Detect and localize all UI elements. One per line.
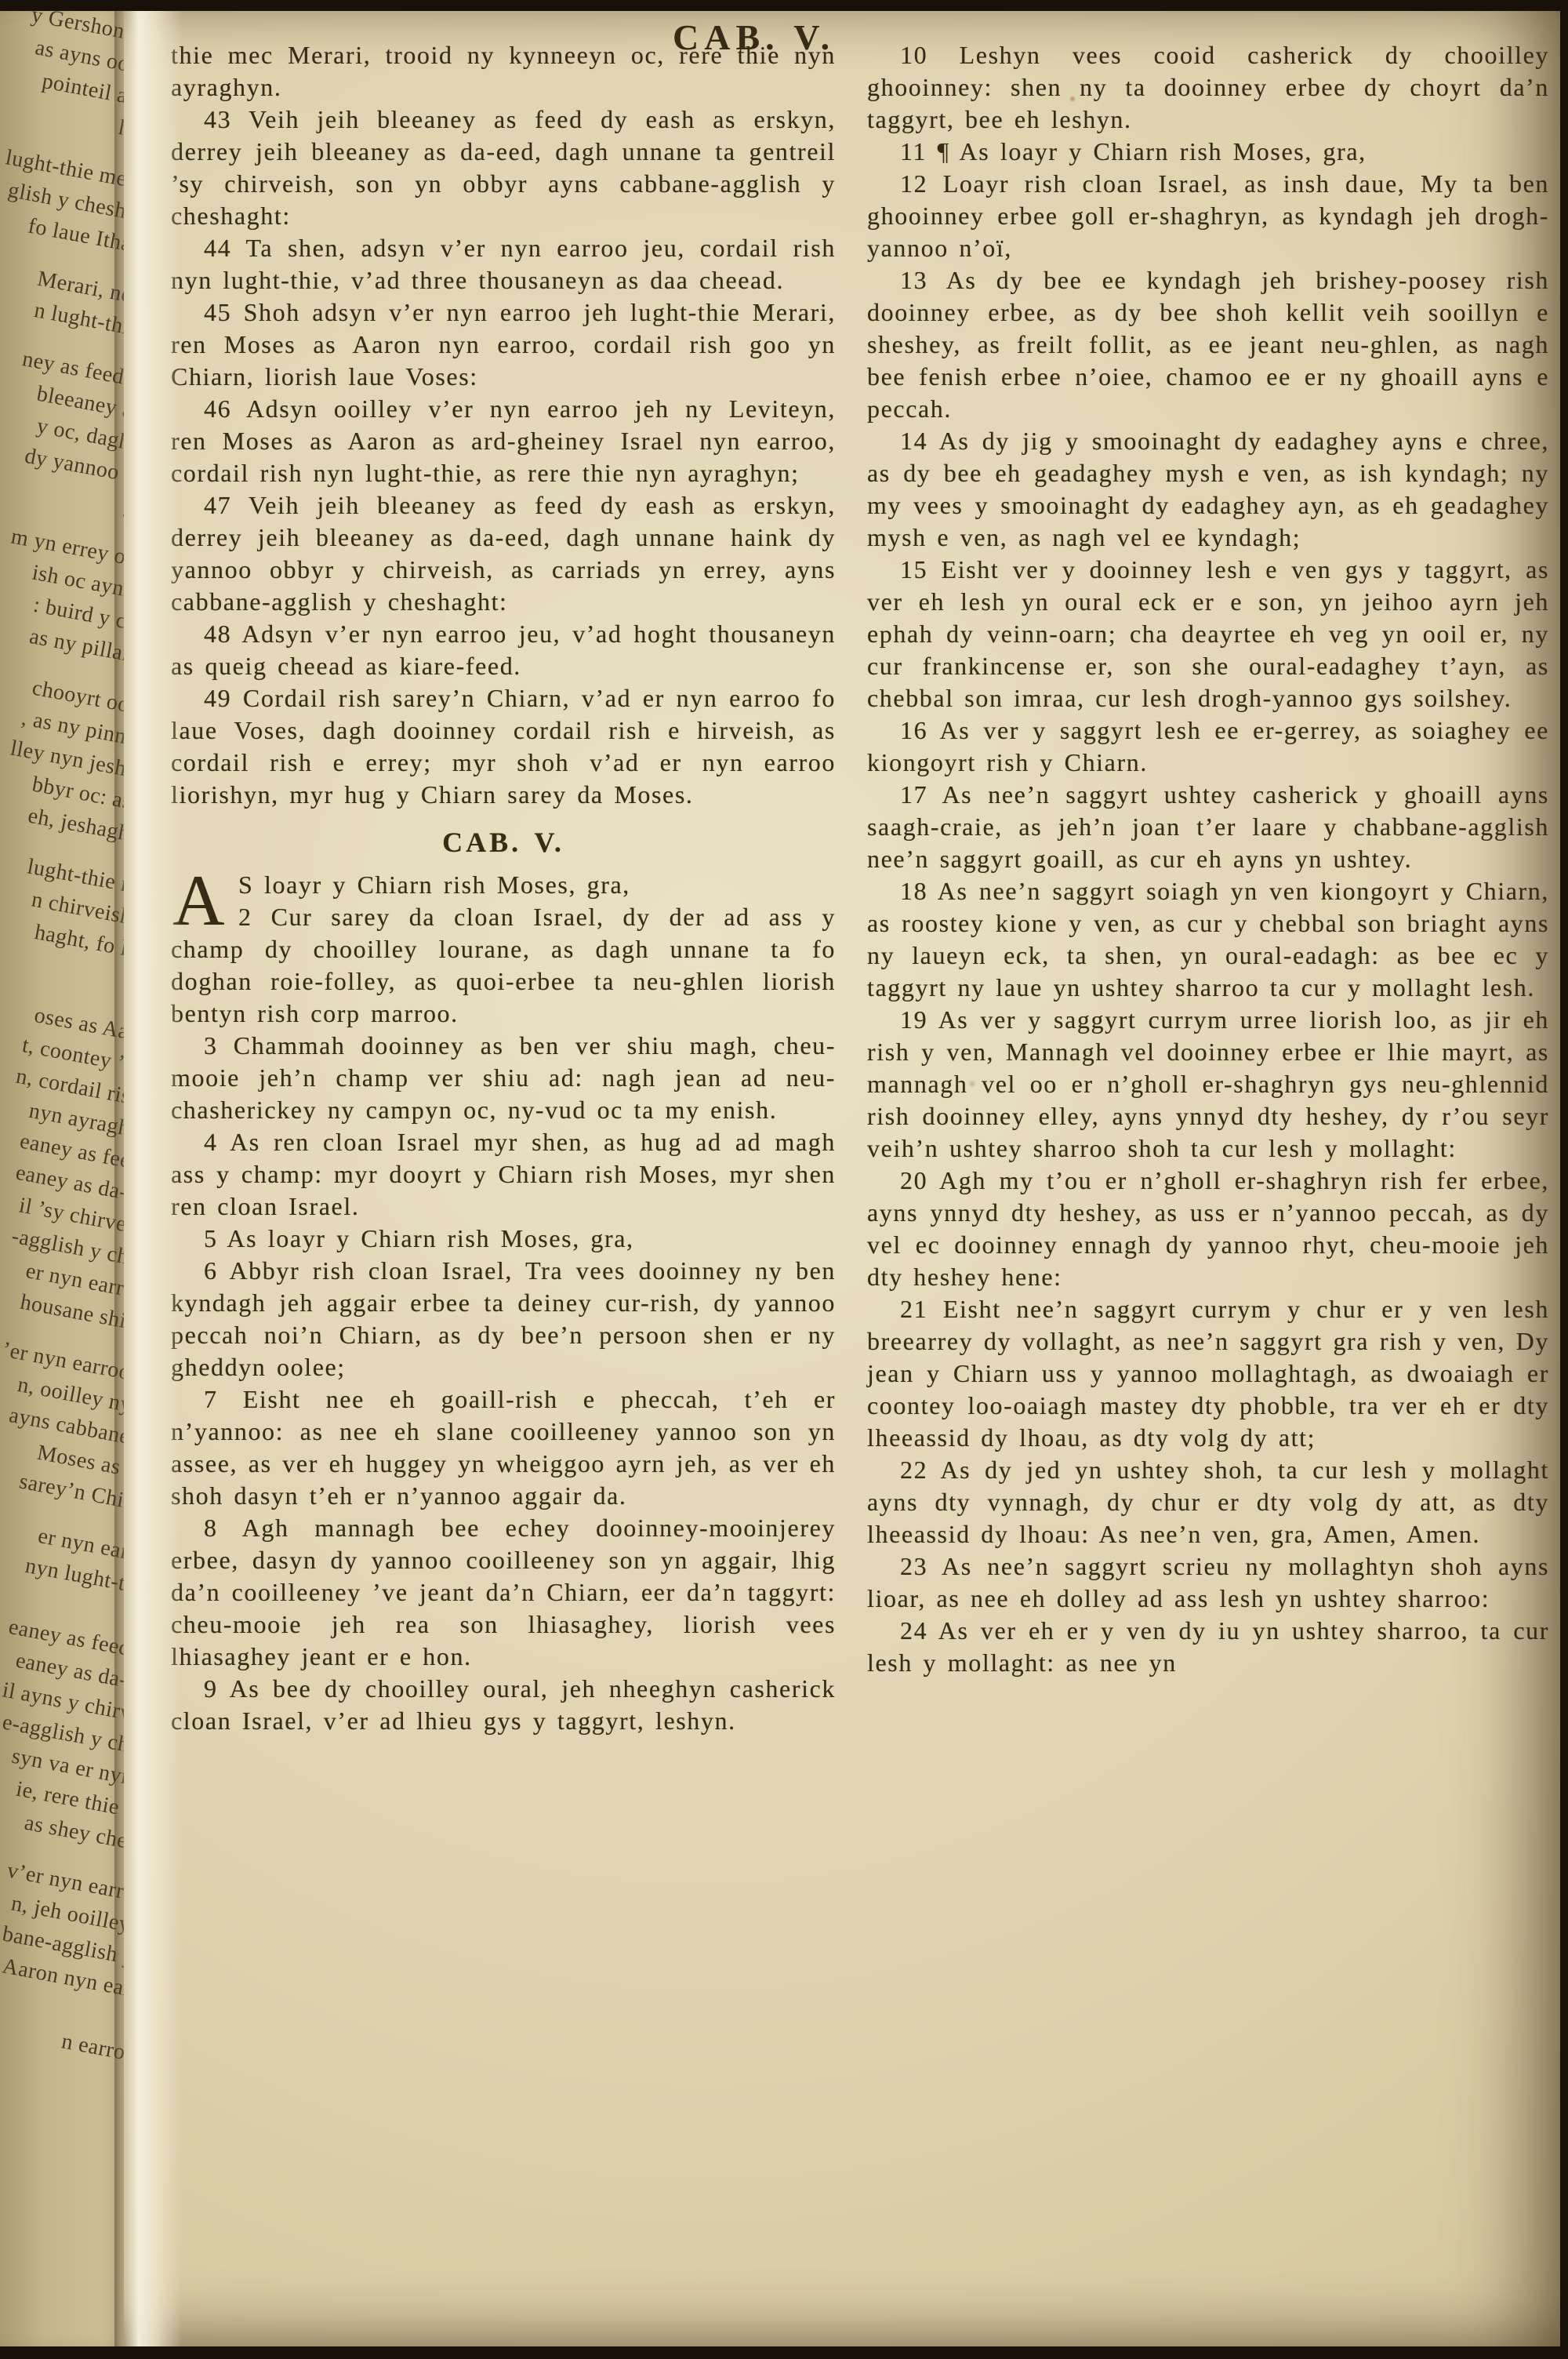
verse: 10 Leshyn vees cooid casherick dy chooil… [867,39,1549,136]
verses-3-9: 3 Chammah dooinney as ben ver shiu magh,… [171,1030,836,1737]
verse: 11 ¶ As loayr y Chiarn rish Moses, gra, [867,136,1549,168]
verse: 21 Eisht nee’n saggyrt currym y chur er … [867,1293,1549,1454]
verses-43-49: 43 Veih jeih bleeaney as feed dy eash as… [171,104,836,811]
verse: 5 As loayr y Chiarn rish Moses, gra, [171,1223,836,1255]
verses-10-24: 10 Leshyn vees cooid casherick dy chooil… [867,39,1549,1679]
verse: 13 As dy bee ee kyndagh jeh brishey-poos… [867,264,1549,425]
verse: 22 As dy jed yn ushtey shoh, ta cur lesh… [867,1454,1549,1550]
previous-page-edge: y Gershoniteyas ayns ooillepointeil ayns… [0,11,124,2346]
verse-1-block: A S loayr y Chiarn rish Moses, gra, 2 Cu… [171,869,836,1030]
verse: 14 As dy jig y smooinaght dy eadaghey ay… [867,425,1549,554]
text-columns: thie mec Merari, trooid ny kynneeyn oc, … [171,39,1549,2346]
previous-page-text-fragments: y Gershoniteyas ayns ooillepointeil ayns… [0,22,124,2075]
verse: 48 Adsyn v’er nyn earroo jeu, v’ad hoght… [171,618,836,682]
verse: 6 Abbyr rish cloan Israel, Tra vees dooi… [171,1255,836,1383]
verse-continuation: thie mec Merari, trooid ny kynneeyn oc, … [171,39,836,104]
verse: 49 Cordail rish sarey’n Chiarn, v’ad er … [171,682,836,811]
verse: 8 Agh mannagh bee echey dooinney-mooinje… [171,1512,836,1673]
verse: 9 As bee dy chooilley oural, jeh nheeghy… [171,1673,836,1737]
verse: 7 Eisht nee eh goaill-rish e pheccah, t’… [171,1383,836,1512]
verse-1-text: S loayr y Chiarn rish Moses, gra, [171,869,836,901]
scanned-book-photo: y Gershoniteyas ayns ooillepointeil ayns… [0,0,1568,2359]
chapter-heading: CAB. V. [171,825,836,860]
verse: 47 Veih jeih bleeaney as feed dy eash as… [171,489,836,618]
verse-2-text: 2 Cur sarey da cloan Israel, dy der ad a… [171,901,836,1030]
verse: 12 Loayr rish cloan Israel, as insh daue… [867,168,1549,264]
right-column: 10 Leshyn vees cooid casherick dy chooil… [867,39,1549,2346]
verse: 43 Veih jeih bleeaney as feed dy eash as… [171,104,836,232]
verse: 24 As ver eh er y ven dy iu yn ushtey sh… [867,1615,1549,1679]
drop-cap-letter: A [171,869,238,929]
left-column: thie mec Merari, trooid ny kynneeyn oc, … [171,39,836,2346]
verse: 23 As nee’n saggyrt scrieu ny mollaghtyn… [867,1550,1549,1615]
verse: 4 As ren cloan Israel myr shen, as hug a… [171,1126,836,1223]
verse: 20 Agh my t’ou er n’gholl er-shaghryn ri… [867,1165,1549,1293]
verse: 19 As ver y saggyrt currym urree liorish… [867,1004,1549,1165]
verse: 46 Adsyn ooilley v’er nyn earroo jeh ny … [171,393,836,489]
verse: 15 Eisht ver y dooinney lesh e ven gys y… [867,554,1549,714]
verse: 18 As nee’n saggyrt soiagh yn ven kiongo… [867,875,1549,1004]
verse: 16 As ver y saggyrt lesh ee er-gerrey, a… [867,714,1549,779]
verse: 17 As nee’n saggyrt ushtey casherick y g… [867,779,1549,875]
verse: 45 Shoh adsyn v’er nyn earroo jeh lught-… [171,296,836,393]
verse: 3 Chammah dooinney as ben ver shiu magh,… [171,1030,836,1126]
verse: 44 Ta shen, adsyn v’er nyn earroo jeu, c… [171,232,836,296]
book-page: y Gershoniteyas ayns ooillepointeil ayns… [0,11,1560,2346]
